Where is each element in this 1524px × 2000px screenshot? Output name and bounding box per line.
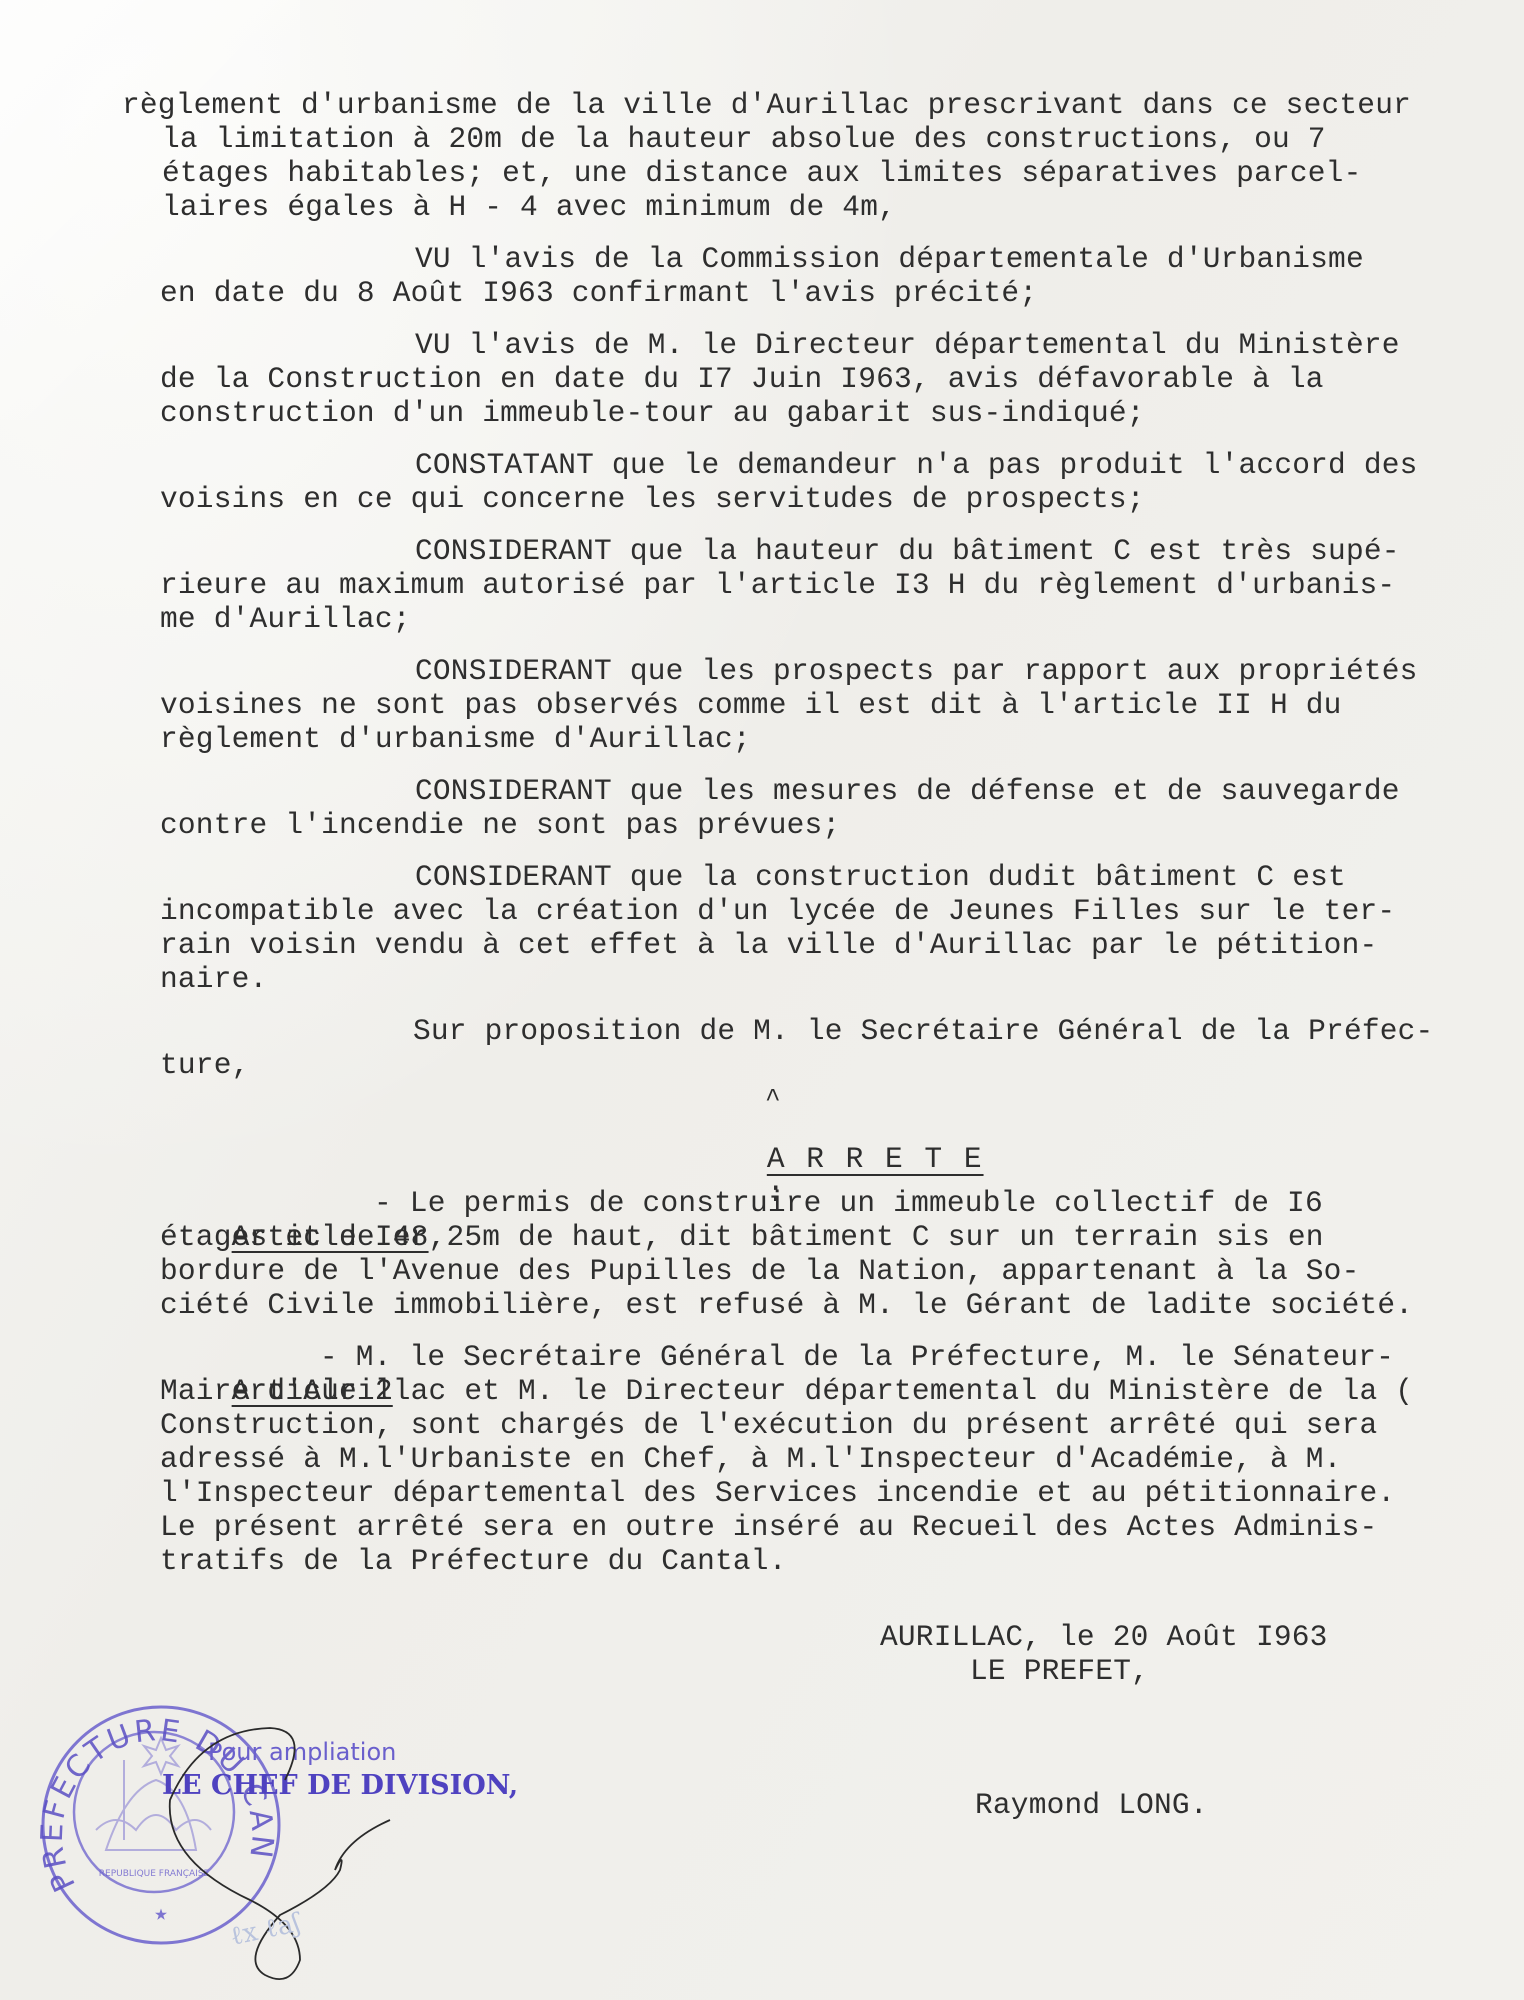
- text-line: CONSIDERANT que la hauteur du bâtiment C…: [415, 534, 1400, 568]
- signatory-title: LE PREFET,: [970, 1654, 1149, 1688]
- svg-text:REPUBLIQUE FRANÇAISE: REPUBLIQUE FRANÇAISE: [99, 1869, 210, 1879]
- text-line: construction d'un immeuble-tour au gabar…: [160, 396, 1145, 430]
- text-line: voisines ne sont pas observés comme il e…: [160, 688, 1342, 722]
- text-line: rieure au maximum autorisé par l'article…: [160, 568, 1395, 602]
- article-1-line: ciété Civile immobilière, est refusé à M…: [160, 1288, 1413, 1322]
- text-line: incompatible avec la création d'un lycée…: [160, 894, 1395, 928]
- place-date: AURILLAC, le 20 Août I963: [880, 1620, 1328, 1654]
- text-line: naire.: [160, 962, 267, 996]
- text-line: CONSIDERANT que la construction dudit bâ…: [415, 860, 1346, 894]
- text-line: VU l'avis de la Commission départemental…: [415, 242, 1364, 276]
- signatory-name: Raymond LONG.: [975, 1788, 1208, 1822]
- text-line: étages habitables; et, une distance aux …: [162, 156, 1362, 190]
- ampliation-label: Pour ampliation: [208, 1738, 396, 1766]
- chef-de-division-label: LE CHEF DE DIVISION,: [162, 1770, 518, 1801]
- article-2-line: Le présent arrêté sera en outre inséré a…: [160, 1510, 1377, 1544]
- article-1-line: étages et de 48,25m de haut, dit bâtimen…: [160, 1220, 1324, 1254]
- heading-arrete-text: A R R E T E: [767, 1142, 984, 1176]
- text-line: ture,: [160, 1048, 250, 1082]
- article-2-line: l'Inspecteur départemental des Services …: [160, 1476, 1395, 1510]
- text-line: voisins en ce qui concerne les servitude…: [160, 482, 1145, 516]
- text-line: CONSTATANT que le demandeur n'a pas prod…: [415, 448, 1418, 482]
- text-line: CONSIDERANT que les mesures de défense e…: [415, 774, 1400, 808]
- text-line: règlement d'urbanisme de la ville d'Auri…: [122, 88, 1411, 122]
- text-line: CONSIDERANT que les prospects par rappor…: [415, 654, 1418, 688]
- document-page: règlement d'urbanisme de la ville d'Auri…: [0, 0, 1524, 2000]
- text-line: contre l'incendie ne sont pas prévues;: [160, 808, 840, 842]
- svg-text:★: ★: [154, 1902, 167, 1927]
- article-2-line: adressé à M.l'Urbaniste en Chef, à M.l'I…: [160, 1442, 1342, 1476]
- article-1-line: bordure de l'Avenue des Pupilles de la N…: [160, 1254, 1360, 1288]
- text-line: laires égales à H - 4 avec minimum de 4m…: [162, 190, 896, 224]
- text-line: Sur proposition de M. le Secrétaire Géné…: [413, 1014, 1433, 1048]
- article-2-line: - M. le Secrétaire Général de la Préfect…: [302, 1340, 1394, 1374]
- article-2-line: tratifs de la Préfecture du Cantal.: [160, 1544, 787, 1578]
- text-line: règlement d'urbanisme d'Aurillac;: [160, 722, 751, 756]
- article-2-line: Construction, sont chargés de l'exécutio…: [160, 1408, 1377, 1442]
- article-2-line: Maire d'Aurillac et M. le Directeur dépa…: [160, 1374, 1413, 1408]
- article-1-line: - Le permis de construire un immeuble co…: [374, 1186, 1323, 1220]
- text-line: rain voisin vendu à cet effet à la ville…: [160, 928, 1377, 962]
- text-line: la limitation à 20m de la hauteur absolu…: [162, 122, 1326, 156]
- text-line: VU l'avis de M. le Directeur département…: [415, 328, 1400, 362]
- text-line: en date du 8 Août I963 confirmant l'avis…: [160, 276, 1037, 310]
- text-line: de la Construction en date du I7 Juin I9…: [160, 362, 1324, 396]
- text-line: me d'Aurillac;: [160, 602, 411, 636]
